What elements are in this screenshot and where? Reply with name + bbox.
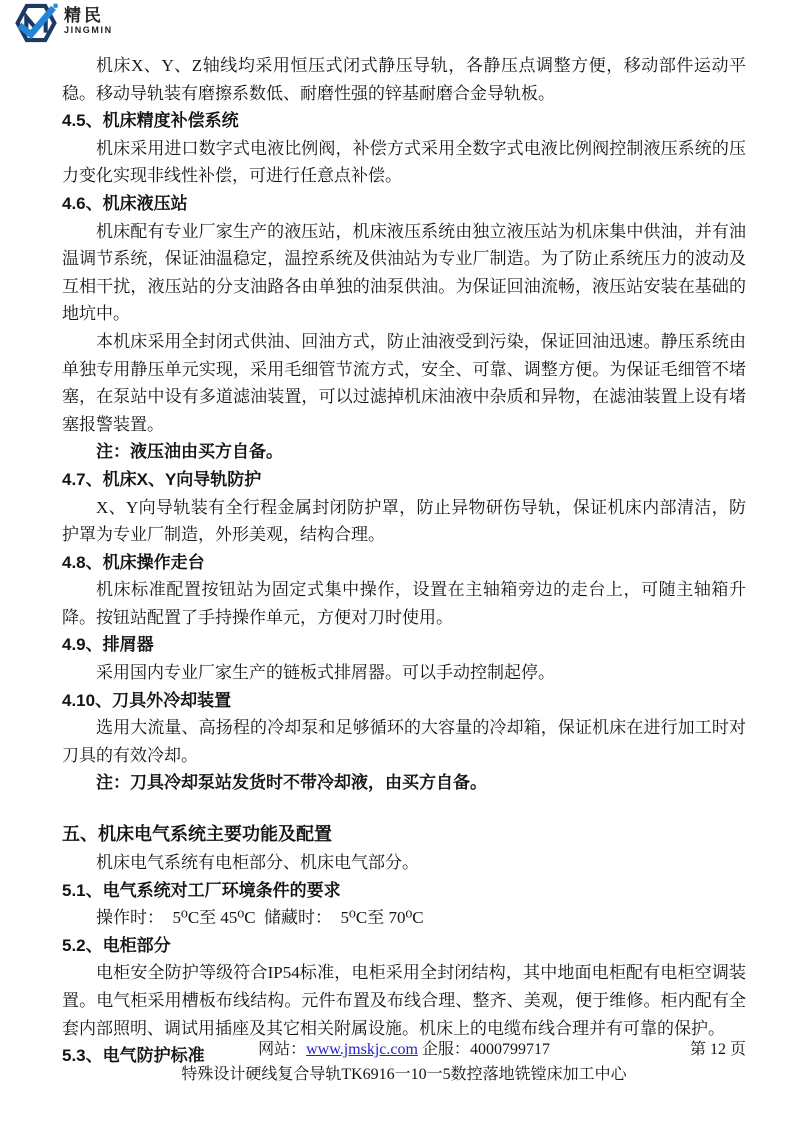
service-label: 企服： <box>418 1041 470 1058</box>
document-page: 精民 JINGMIN 机床X、Y、Z轴线均采用恒压式闭式静压导轨，各静压点调整方… <box>0 0 800 1133</box>
hexagon-m-logo-icon <box>13 3 59 43</box>
brand-name-chinese: 精民 <box>64 7 113 24</box>
paragraph-guideways: 机床X、Y、Z轴线均采用恒压式闭式静压导轨，各静压点调整方便，移动部件运动平稳。… <box>62 52 746 107</box>
heading-4-7-guard: 4.7、机床X、Y向导轨防护 <box>62 466 746 494</box>
note-hydraulic-oil: 注：液压油由买方自备。 <box>62 438 746 466</box>
paragraph-guard: X、Y向导轨装有全行程金属封闭防护罩，防止异物研伤导轨，保证机床内部清洁，防护罩… <box>62 494 746 549</box>
heading-4-9-chip-conveyor: 4.9、排屑器 <box>62 631 746 659</box>
heading-4-10-coolant: 4.10、刀具外冷却装置 <box>62 687 746 715</box>
company-logo: 精民 JINGMIN <box>13 3 113 43</box>
heading-4-8-platform: 4.8、机床操作走台 <box>62 549 746 577</box>
temperature-spec-line: 操作时： 5⁰C至 45⁰C 储藏时： 5⁰C至 70⁰C <box>62 904 746 932</box>
paragraph-platform: 机床标准配置按钮站为固定式集中操作，设置在主轴箱旁边的走台上，可随主轴箱升降。按… <box>62 576 746 631</box>
paragraph-coolant: 选用大流量、高扬程的冷却泵和足够循环的大容量的冷却箱，保证机床在进行加工时对刀具… <box>62 714 746 769</box>
heading-4-5-compensation: 4.5、机床精度补偿系统 <box>62 107 746 135</box>
website-link[interactable]: www.jmskjc.com <box>306 1041 418 1058</box>
paragraph-electrical-intro: 机床电气系统有电柜部分、机床电气部分。 <box>62 849 746 877</box>
heading-5-1-environment: 5.1、电气系统对工厂环境条件的要求 <box>62 877 746 905</box>
heading-5-2-cabinet: 5.2、电柜部分 <box>62 932 746 960</box>
paragraph-compensation: 机床采用进口数字式电液比例阀，补偿方式采用全数字式电液比例阀控制液压系统的压力变… <box>62 135 746 190</box>
paragraph-cabinet: 电柜安全防护等级符合IP54标准，电柜采用全封闭结构，其中地面电柜配有电柜空调装… <box>62 959 746 1042</box>
website-label: 网站： <box>258 1041 306 1058</box>
footer-contact-row: 网站：www.jmskjc.com 企服：4000799717 第 12 页 <box>62 1038 746 1062</box>
paragraph-hydraulic-1: 机床配有专业厂家生产的液压站，机床液压系统由独立液压站为机床集中供油，并有油温调… <box>62 218 746 328</box>
page-footer: 网站：www.jmskjc.com 企服：4000799717 第 12 页 特… <box>62 1038 746 1087</box>
heading-4-6-hydraulic: 4.6、机床液压站 <box>62 190 746 218</box>
note-coolant: 注：刀具冷却泵站发货时不带冷却液，由买方自备。 <box>62 769 746 797</box>
brand-name-english: JINGMIN <box>64 26 113 35</box>
paragraph-chip-conveyor: 采用国内专业厂家生产的链板式排屑器。可以手动控制起停。 <box>62 659 746 687</box>
document-body: 机床X、Y、Z轴线均采用恒压式闭式静压导轨，各静压点调整方便，移动部件运动平稳。… <box>62 52 746 1070</box>
paragraph-hydraulic-2: 本机床采用全封闭式供油、回油方式，防止油液受到污染，保证回油迅速。静压系统由单独… <box>62 328 746 438</box>
document-title: 特殊设计硬线复合导轨TK6916一10一5数控落地铣镗床加工中心 <box>62 1063 746 1087</box>
page-number: 第 12 页 <box>690 1038 746 1062</box>
service-phone: 4000799717 <box>470 1041 550 1058</box>
heading-5-electrical: 五、机床电气系统主要功能及配置 <box>62 819 746 849</box>
logo-wordmark: 精民 JINGMIN <box>64 7 113 35</box>
